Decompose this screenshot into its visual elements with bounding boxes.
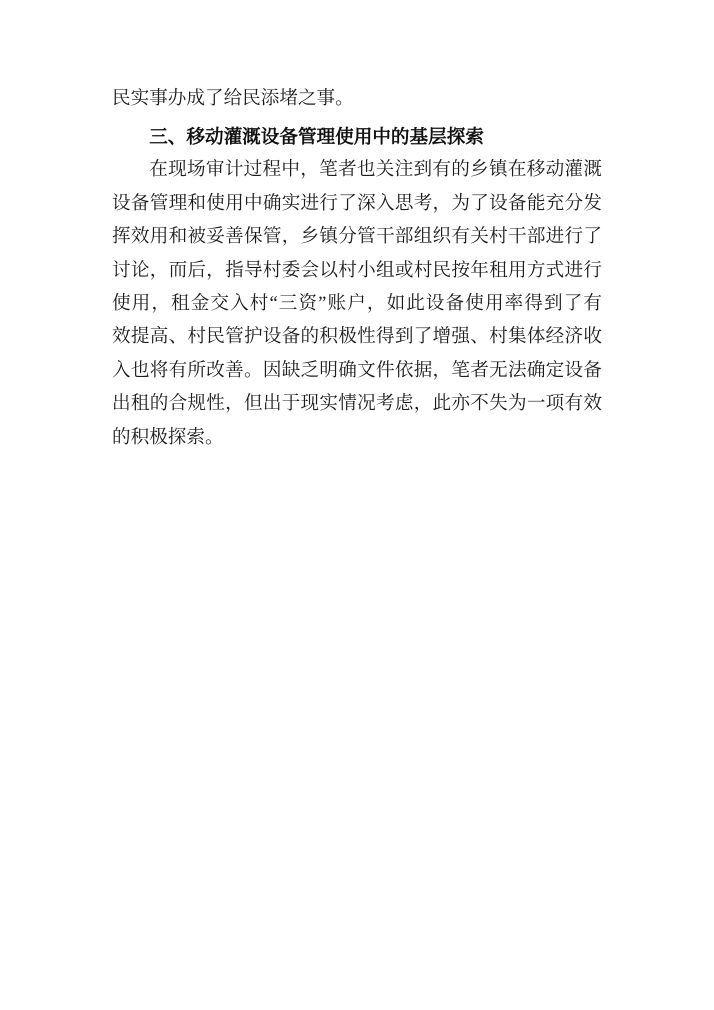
paragraph-line: 在现场审计过程中，笔者也关注到有的乡镇在移动灌溉 [112, 153, 602, 186]
paragraph-last-line: 的积极探索。 [112, 421, 602, 454]
paragraph-line: 讨论，而后，指导村委会以村小组或村民按年租用方式进行 [112, 254, 602, 287]
paragraph-line: 挥效用和被妥善保管，乡镇分管干部组织有关村干部进行了 [112, 220, 602, 253]
document-page: 民实事办成了给民添堵之事。 三、移动灌溉设备管理使用中的基层探索 在现场审计过程… [0, 0, 714, 1010]
section-heading: 三、移动灌溉设备管理使用中的基层探索 [112, 120, 602, 153]
text-block: 民实事办成了给民添堵之事。 三、移动灌溉设备管理使用中的基层探索 在现场审计过程… [112, 82, 602, 454]
paragraph-line: 使用，租金交入村“三资”账户，如此设备使用率得到了有 [112, 287, 602, 320]
paragraph-continuation-line: 民实事办成了给民添堵之事。 [112, 82, 602, 115]
paragraph-line: 入也将有所改善。因缺乏明确文件依据，笔者无法确定设备 [112, 354, 602, 387]
paragraph-line: 效提高、村民管护设备的积极性得到了增强、村集体经济收 [112, 320, 602, 353]
paragraph-line: 设备管理和使用中确实进行了深入思考，为了设备能充分发 [112, 187, 602, 220]
paragraph-line: 出租的合规性，但出于现实情况考虑，此亦不失为一项有效 [112, 387, 602, 420]
